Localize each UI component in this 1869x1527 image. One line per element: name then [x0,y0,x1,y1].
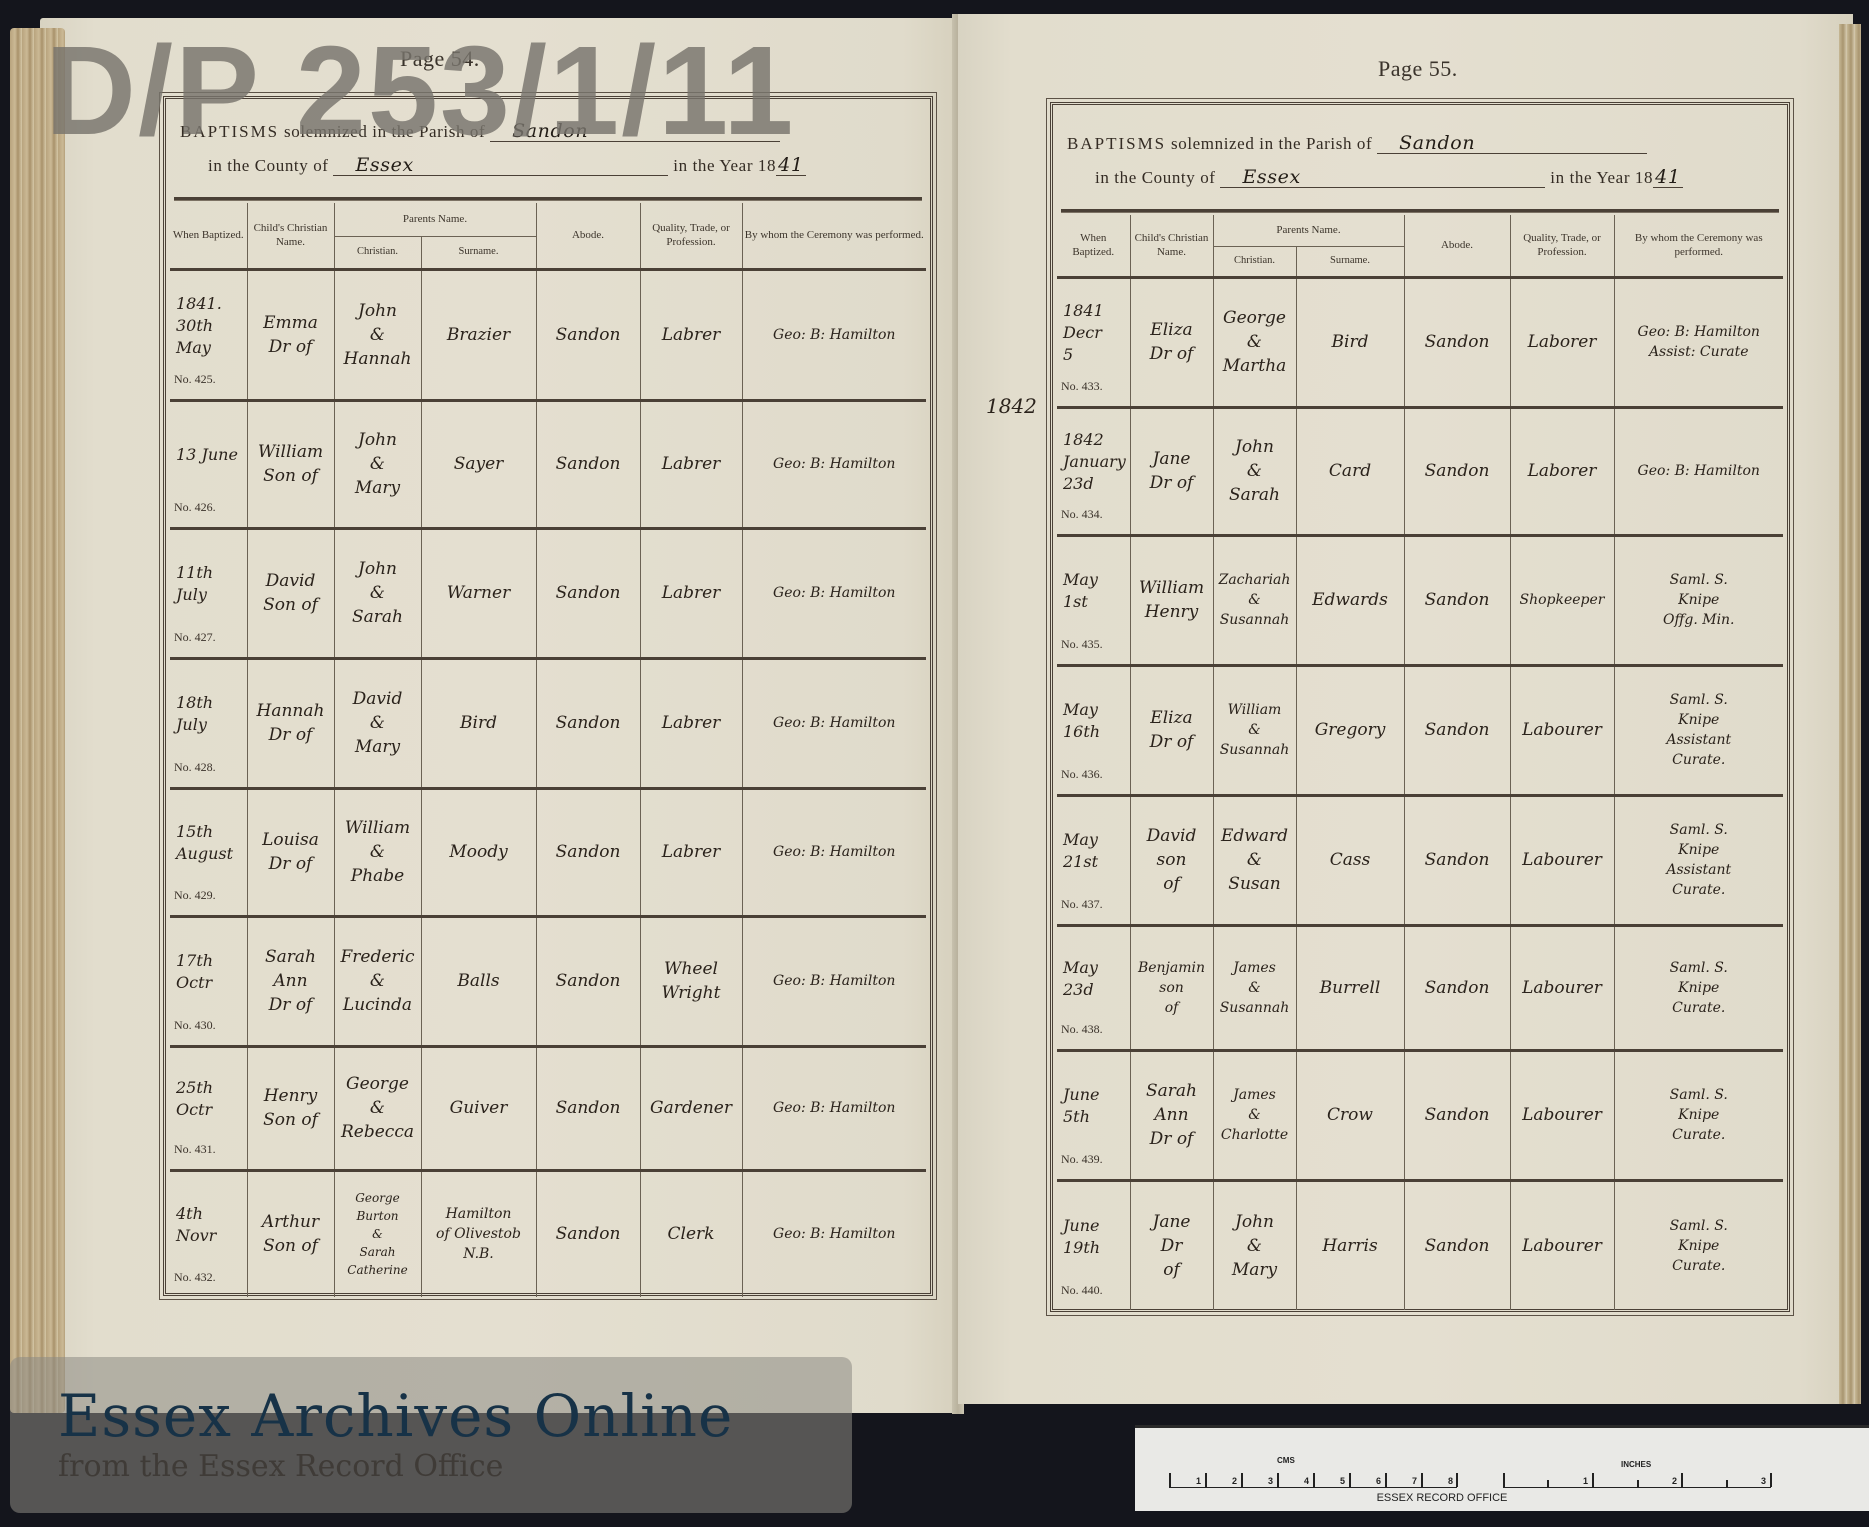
parents-surname: Gregory [1300,718,1401,742]
child-name: William Son of [251,440,331,488]
parents-surname: Moody [425,840,533,864]
entry-number: No. 431. [174,1137,216,1161]
parents-christian: John & Mary [1217,1210,1293,1282]
parents-christian: Edward & Susan [1217,824,1293,896]
abode: Sandon [556,971,621,991]
by-whom: Saml. S. Knipe Offg. Min. [1618,570,1781,630]
archive-logo-title: Essex Archives Online [58,1386,733,1446]
register-heading: BAPTISMS solemnized in the Parish of San… [1067,133,1773,154]
by-whom: Geo: B: Hamilton [746,971,924,991]
entry-number: No. 432. [174,1265,216,1289]
child-name: Emma Dr of [251,311,331,359]
by-whom: Saml. S. Knipe Assistant Curate. [1618,820,1781,900]
child-name: Louisa Dr of [251,828,331,876]
child-name: William Henry [1134,576,1210,624]
parents-christian: John & Hannah [338,299,418,371]
table-row: June 5thNo. 439. Sarah Ann Dr of James &… [1057,1050,1783,1180]
abode: Sandon [1425,978,1490,998]
table-row: June 19thNo. 440. Jane Dr of John & Mary… [1057,1180,1783,1310]
quality: Shopkeeper [1514,590,1611,610]
abode: Sandon [1425,332,1490,352]
parents-surname: Burrell [1300,976,1401,1000]
ruler-inch-scale: 1 2 3 [1503,1466,1771,1488]
parents-surname: Card [1300,459,1401,483]
col-parents-christian: Christian. [1213,246,1296,277]
entry-number: No. 435. [1061,632,1103,656]
parents-surname: Balls [425,969,533,993]
abode: Sandon [556,713,621,733]
archive-logo-subtitle: from the Essex Record Office [58,1450,503,1484]
entry-number: No. 430. [174,1013,216,1037]
entry-number: No. 428. [174,755,216,779]
child-name: Arthur Son of [251,1210,331,1258]
parents-surname: Sayer [425,452,533,476]
abode: Sandon [556,325,621,345]
table-row: 11th JulyNo. 427. David Son of John & Sa… [170,528,926,658]
parents-christian: George Burton & Sarah Catherine [338,1189,418,1279]
parents-christian: John & Sarah [1217,435,1293,507]
parents-christian: John & Mary [338,428,418,500]
when-baptized: 15th August [176,821,244,865]
col-abode: Abode. [536,203,640,269]
year-field: 41 [1653,167,1683,188]
ruler-cm-tick: 1 [1196,1476,1201,1486]
entry-number: No. 437. [1061,892,1103,916]
ruler-cm-tick: 4 [1304,1476,1309,1486]
abode: Sandon [1425,1105,1490,1125]
page-edge [1839,24,1861,1404]
by-whom: Geo: B: Hamilton [746,454,924,474]
quality: Laborer [1514,330,1611,354]
col-parents-surname: Surname. [421,236,536,269]
col-child: Child's Christian Name. [247,203,334,269]
table-row: May 1stNo. 435. William Henry Zachariah … [1057,535,1783,665]
by-whom: Geo: B: Hamilton [746,583,924,603]
parents-christian: Frederic & Lucinda [338,945,418,1017]
parents-surname: Crow [1300,1103,1401,1127]
col-when: When Baptized. [1057,215,1130,277]
quality: Labrer [644,452,739,476]
ruler-cm-tick: 8 [1448,1476,1453,1486]
entry-number: No. 433. [1061,374,1103,398]
quality: Labrer [644,840,739,864]
child-name: Eliza Dr of [1134,318,1210,366]
child-name: David Son of [251,569,331,617]
when-baptized: 1841 Decr 5 [1063,300,1127,366]
ruler-cm-scale: 1 2 3 4 5 6 7 8 [1169,1466,1457,1488]
parents-surname: Guiver [425,1096,533,1120]
by-whom: Geo: B: Hamilton [746,842,924,862]
when-baptized: 4th Novr [176,1203,244,1247]
quality: Labourer [1514,1234,1611,1258]
page-edge [10,28,65,1413]
when-baptized: June 19th [1063,1215,1127,1259]
margin-year-note: 1842 [986,394,1037,418]
county-line: in the County of Essex in the Year 1841 [1067,167,1773,188]
register-page-left: Page 54. BAPTISMS solemnized in the Pari… [40,18,958,1413]
when-baptized: 1842 January 23d [1063,429,1127,495]
abode: Sandon [1425,720,1490,740]
when-baptized: May 23d [1063,957,1127,1001]
child-name: Eliza Dr of [1134,706,1210,754]
col-when: When Baptized. [170,203,247,269]
quality: Labrer [644,711,739,735]
parents-surname: Cass [1300,848,1401,872]
by-whom: Geo: B: Hamilton [746,1224,924,1244]
heading-mid: solemnized in the Parish of [1171,134,1372,153]
by-whom: Geo: B: Hamilton [746,713,924,733]
when-baptized: May 1st [1063,569,1127,613]
col-by-whom: By whom the Ceremony was performed. [742,203,926,269]
quality: Labourer [1514,718,1611,742]
col-by-whom: By whom the Ceremony was performed. [1614,215,1783,277]
entry-number: No. 440. [1061,1278,1103,1302]
baptism-register-table: When Baptized. Child's Christian Name. P… [1057,215,1783,1310]
parents-surname: Edwards [1300,588,1401,612]
when-baptized: 1841. 30th May [176,293,244,359]
when-baptized: 11th July [176,562,244,606]
child-name: Benjamin son of [1134,958,1210,1018]
county-field: Essex [1220,167,1545,188]
scale-ruler: CMS 1 2 3 4 5 6 7 8 INCHES 1 2 3 ESSEX R… [1135,1425,1869,1511]
col-parents: Parents Name. [334,203,536,236]
parents-surname: Warner [425,581,533,605]
table-row: 4th NovrNo. 432. Arthur Son of George Bu… [170,1170,926,1297]
entry-number: No. 439. [1061,1147,1103,1171]
parents-christian: William & Susannah [1217,700,1293,760]
when-baptized: 13 June [176,444,244,466]
ruler-office-label: ESSEX RECORD OFFICE [1135,1492,1869,1504]
register-frame: BAPTISMS solemnized in the Parish of San… [163,96,933,1296]
table-row: 17th OctrNo. 430. Sarah Ann Dr of Freder… [170,916,926,1046]
quality: Clerk [644,1222,739,1246]
ruler-cm-tick: 5 [1340,1476,1345,1486]
child-name: Henry Son of [251,1084,331,1132]
header-row: When Baptized. Child's Christian Name. P… [170,203,926,236]
quality: Labrer [644,323,739,347]
by-whom: Geo: B: Hamilton [1618,461,1781,481]
header-row: When Baptized. Child's Christian Name. P… [1057,215,1783,246]
abode: Sandon [556,454,621,474]
quality: Labourer [1514,976,1611,1000]
heading-rule [1061,209,1779,213]
parents-christian: James & Charlotte [1217,1085,1293,1145]
heading-prefix: BAPTISMS [1067,134,1166,153]
child-name: Jane Dr of [1134,1210,1210,1282]
col-quality: Quality, Trade, or Profession. [640,203,742,269]
when-baptized: 25th Octr [176,1077,244,1121]
child-name: Sarah Ann Dr of [251,945,331,1017]
table-row: 1842 January 23dNo. 434. Jane Dr of John… [1057,407,1783,535]
ruler-inch-tick: 3 [1761,1476,1766,1486]
col-abode: Abode. [1404,215,1510,277]
col-child: Child's Christian Name. [1130,215,1213,277]
parents-christian: George & Martha [1217,306,1293,378]
table-row: May 21stNo. 437. David son of Edward & S… [1057,795,1783,925]
parents-surname: Hamilton of Olivestob N.B. [425,1204,533,1264]
abode: Sandon [1425,1236,1490,1256]
parents-surname: Bird [1300,330,1401,354]
parents-christian: David & Mary [338,687,418,759]
ruler-inch-tick: 1 [1583,1476,1588,1486]
quality: Wheel Wright [644,957,739,1005]
quality: Labourer [1514,1103,1611,1127]
entry-number: No. 426. [174,495,216,519]
abode: Sandon [1425,850,1490,870]
register-frame: BAPTISMS solemnized in the Parish of San… [1050,102,1790,1312]
document-reference-watermark: D/P 253/1/11 [45,28,795,154]
col-parents-surname: Surname. [1296,246,1404,277]
table-row: May 23dNo. 438. Benjamin son of James & … [1057,925,1783,1050]
abode: Sandon [556,583,621,603]
when-baptized: June 5th [1063,1084,1127,1128]
table-row: 15th AugustNo. 429. Louisa Dr of William… [170,788,926,916]
by-whom: Geo: B: Hamilton Assist: Curate [1618,322,1781,362]
page-number: Page 55. [1378,56,1458,82]
parents-christian: William & Phabe [338,816,418,888]
parents-christian: Zachariah & Susannah [1217,570,1293,630]
when-baptized: May 21st [1063,829,1127,873]
child-name: Sarah Ann Dr of [1134,1079,1210,1151]
abode: Sandon [556,1224,621,1244]
year-label: in the Year 18 [1550,168,1653,187]
entry-number: No. 436. [1061,762,1103,786]
county-label: in the County of [1095,168,1216,187]
table-row: 13 JuneNo. 426. William Son of John & Ma… [170,400,926,528]
when-baptized: 17th Octr [176,950,244,994]
col-parents: Parents Name. [1213,215,1404,246]
col-quality: Quality, Trade, or Profession. [1510,215,1614,277]
table-row: May 16thNo. 436. Eliza Dr of William & S… [1057,665,1783,795]
ruler-cm-label: CMS [1277,1456,1295,1465]
abode: Sandon [556,842,621,862]
abode: Sandon [1425,461,1490,481]
when-baptized: 18th July [176,692,244,736]
entry-number: No. 434. [1061,502,1103,526]
ruler-cm-tick: 3 [1268,1476,1273,1486]
quality: Labourer [1514,848,1611,872]
parents-surname: Bird [425,711,533,735]
table-row: 25th OctrNo. 431. Henry Son of George & … [170,1046,926,1170]
child-name: Hannah Dr of [251,699,331,747]
when-baptized: May 16th [1063,699,1127,743]
quality: Laborer [1514,459,1611,483]
heading-rule [174,197,922,201]
by-whom: Saml. S. Knipe Curate. [1618,958,1781,1018]
parents-christian: John & Sarah [338,557,418,629]
quality: Gardener [644,1096,739,1120]
by-whom: Saml. S. Knipe Assistant Curate. [1618,690,1781,770]
ruler-cm-tick: 6 [1376,1476,1381,1486]
col-parents-christian: Christian. [334,236,421,269]
entry-number: No. 438. [1061,1017,1103,1041]
entry-number: No. 425. [174,367,216,391]
parish-field: Sandon [1377,133,1647,154]
child-name: Jane Dr of [1134,447,1210,495]
by-whom: Geo: B: Hamilton [746,1098,924,1118]
entry-number: No. 429. [174,883,216,907]
register-page-right: Page 55. 1842 BAPTISMS solemnized in the… [958,14,1853,1404]
ruler-cm-tick: 7 [1412,1476,1417,1486]
child-name: David son of [1134,824,1210,896]
parents-christian: James & Susannah [1217,958,1293,1018]
parents-surname: Brazier [425,323,533,347]
ruler-cm-tick: 2 [1232,1476,1237,1486]
parents-christian: George & Rebecca [338,1072,418,1144]
table-row: 18th JulyNo. 428. Hannah Dr of David & M… [170,658,926,788]
baptism-register-table: When Baptized. Child's Christian Name. P… [170,203,926,1297]
by-whom: Saml. S. Knipe Curate. [1618,1216,1781,1276]
abode: Sandon [556,1098,621,1118]
parents-surname: Harris [1300,1234,1401,1258]
by-whom: Geo: B: Hamilton [746,325,924,345]
by-whom: Saml. S. Knipe Curate. [1618,1085,1781,1145]
ruler-inch-tick: 2 [1672,1476,1677,1486]
table-row: 1841 Decr 5No. 433. Eliza Dr of George &… [1057,277,1783,407]
entry-number: No. 427. [174,625,216,649]
table-row: 1841. 30th MayNo. 425. Emma Dr of John &… [170,269,926,400]
abode: Sandon [1425,590,1490,610]
quality: Labrer [644,581,739,605]
